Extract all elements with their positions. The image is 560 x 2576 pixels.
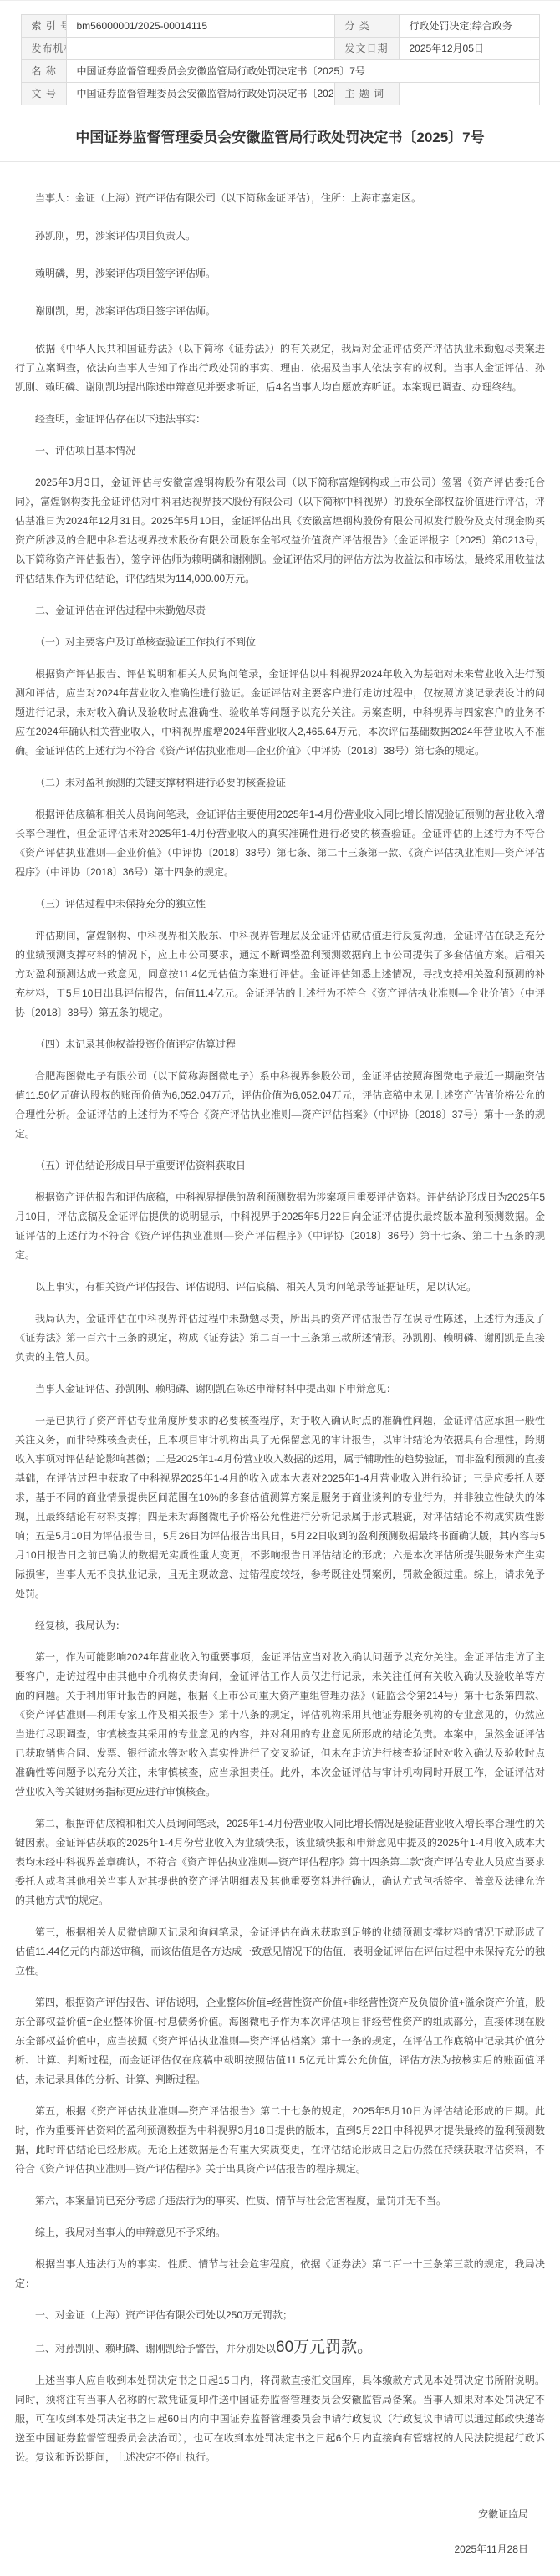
name-value: 中国证券监督管理委员会安徽监管局行政处罚决定书〔2025〕7号 [66, 60, 539, 83]
meta-row-index: 索 引 号 bm56000001/2025-00014115 分 类 行政处罚决… [21, 15, 539, 38]
paragraph: 一、评估项目基本情况 [15, 441, 545, 461]
paragraph: 第二，根据评估底稿和相关人员询问笔录，2025年1-4月份营业收入同比增长情况是… [15, 1814, 545, 1910]
meta-row-name: 名 称 中国证券监督管理委员会安徽监管局行政处罚决定书〔2025〕7号 [21, 60, 539, 83]
signature-date: 2025年11月28日 [0, 2541, 528, 2558]
paragraph: 依据《中华人民共和国证券法》（以下简称《证券法》）的有关规定，我局对金证评估资产… [15, 339, 545, 397]
category-value: 行政处罚决定;综合政务 [399, 15, 539, 38]
paragraph: 根据资产评估报告和评估底稿，中科视界提供的盈利预测数据为涉案项目重要评估资料。评… [15, 1188, 545, 1265]
title-divider [0, 161, 560, 162]
paragraph: 我局认为，金证评估在中科视界评估过程中未勤勉尽责，所出具的资产评估报告存在误导性… [15, 1309, 545, 1367]
paragraph: 根据评估底稿和相关人员询问笔录，金证评估主要使用2025年1-4月份营业收入同比… [15, 805, 545, 882]
keywords-label: 主 题 词 [334, 83, 399, 105]
paragraph: （三）评估过程中未保持充分的独立性 [15, 895, 545, 914]
paragraph: 赖明磷，男，涉案评估项目签字评估师。 [15, 264, 545, 283]
paragraph: 二、金证评估在评估过程中未勤勉尽责 [15, 601, 545, 620]
index-value: bm56000001/2025-00014115 [66, 15, 334, 38]
paragraph: 根据资产评估报告、评估说明和相关人员询问笔录，金证评估以中科视界2024年收入为… [15, 665, 545, 761]
paragraph: 上述当事人应自收到本处罚决定书之日起15日内，将罚款直接汇交国库，具体缴款方式见… [15, 2371, 545, 2467]
signature-agency: 安徽证监局 [0, 2506, 528, 2522]
paragraph: 以上事实，有相关资产评估报告、评估说明、评估底稿、相关人员询问笔录等证据证明，足… [15, 1278, 545, 1297]
paragraph: 当事人：金证（上海）资产评估有限公司（以下简称金证评估），住所：上海市嘉定区。 [15, 189, 545, 208]
paragraph: 第三，根据相关人员微信聊天记录和询问笔录，金证评估在尚未获取到足够的业绩预测支撑… [15, 1923, 545, 1981]
agency-label: 发布机构 [21, 38, 66, 60]
signature-block: 安徽证监局 2025年11月28日 [0, 2506, 560, 2558]
paragraph: 第五，根据《资产评估执业准则—资产评估报告》第二十七条的规定，2025年5月10… [15, 2102, 545, 2179]
paragraph: 经复核，我局认为： [15, 1616, 545, 1635]
agency-value [66, 38, 334, 60]
paragraph: 谢刚凯，男，涉案评估项目签字评估师。 [15, 302, 545, 321]
paragraph: 一、对金证（上海）资产评估有限公司处以250万元罚款； [15, 2306, 545, 2325]
penalty-amount-emphasis: 60万元罚款。 [276, 2339, 373, 2356]
paragraph: 孙凯刚，男，涉案评估项目负责人。 [15, 227, 545, 246]
paragraph: 2025年3月3日，金证评估与安徽富煌钢构股份有限公司（以下简称富煌钢构或上市公… [15, 473, 545, 589]
doc-no-value: 中国证券监督管理委员会安徽监管局行政处罚决定书〔2025〕7号 [66, 83, 334, 105]
paragraph: （五）评估结论形成日早于重要评估资料获取日 [15, 1156, 545, 1176]
paragraph: （二）未对盈利预测的关键支撑材料进行必要的核查验证 [15, 773, 545, 793]
name-label: 名 称 [21, 60, 66, 83]
paragraph: 第一，作为可能影响2024年营业收入的重要事项，金证评估应当对收入确认问题予以充… [15, 1648, 545, 1802]
paragraph: 当事人金证评估、孙凯刚、赖明磷、谢刚凯在陈述申辩材料中提出如下申辩意见： [15, 1380, 545, 1399]
paragraph: 一是已执行了资产评估专业角度所要求的必要核查程序，对于收入确认时点的准确性问题，… [15, 1411, 545, 1604]
paragraph: 二、对孙凯刚、赖明磷、谢刚凯给予警告，并分别处以60万元罚款。 [15, 2338, 545, 2359]
paragraph: 评估期间，富煌钢构、中科视界相关股东、中科视界管理层及金证评估就估值进行反复沟通… [15, 926, 545, 1023]
paragraph: 经查明，金证评估存在以下违法事实： [15, 410, 545, 429]
meta-row-doc-no: 文 号 中国证券监督管理委员会安徽监管局行政处罚决定书〔2025〕7号 主 题 … [21, 83, 539, 105]
meta-row-agency: 发布机构 发文日期 2025年12月05日 [21, 38, 539, 60]
index-label: 索 引 号 [21, 15, 66, 38]
category-label: 分 类 [334, 15, 399, 38]
paragraph: 根据当事人违法行为的事实、性质、情节与社会危害程度，依据《证券法》第二百一十三条… [15, 2255, 545, 2293]
document-page: 索 引 号 bm56000001/2025-00014115 分 类 行政处罚决… [0, 0, 560, 2558]
page-title: 中国证券监督管理委员会安徽监管局行政处罚决定书〔2025〕7号 [15, 128, 545, 148]
document-body: 当事人：金证（上海）资产评估有限公司（以下简称金证评估），住所：上海市嘉定区。孙… [0, 167, 560, 2467]
paragraph: （一）对主要客户及订单核查验证工作执行不到位 [15, 633, 545, 652]
pub-date-label: 发文日期 [334, 38, 399, 60]
pub-date-value: 2025年12月05日 [399, 38, 539, 60]
paragraph: 第六，本案量罚已充分考虑了违法行为的事实、性质、情节与社会危害程度，量罚并无不当… [15, 2191, 545, 2211]
paragraph: 综上，我局对当事人的申辩意见不予采纳。 [15, 2223, 545, 2242]
doc-no-label: 文 号 [21, 83, 66, 105]
keywords-value [399, 83, 539, 105]
paragraph: 合肥海图微电子有限公司（以下简称海图微电子）系中科视界参股公司，金证评估按照海图… [15, 1067, 545, 1144]
document-meta-table: 索 引 号 bm56000001/2025-00014115 分 类 行政处罚决… [21, 14, 540, 105]
paragraph: 第四，根据资产评估报告、评估说明，企业整体价值=经营性资产价值+非经营性资产及负… [15, 1993, 545, 2089]
paragraph: （四）未记录其他权益投资价值评定估算过程 [15, 1035, 545, 1054]
